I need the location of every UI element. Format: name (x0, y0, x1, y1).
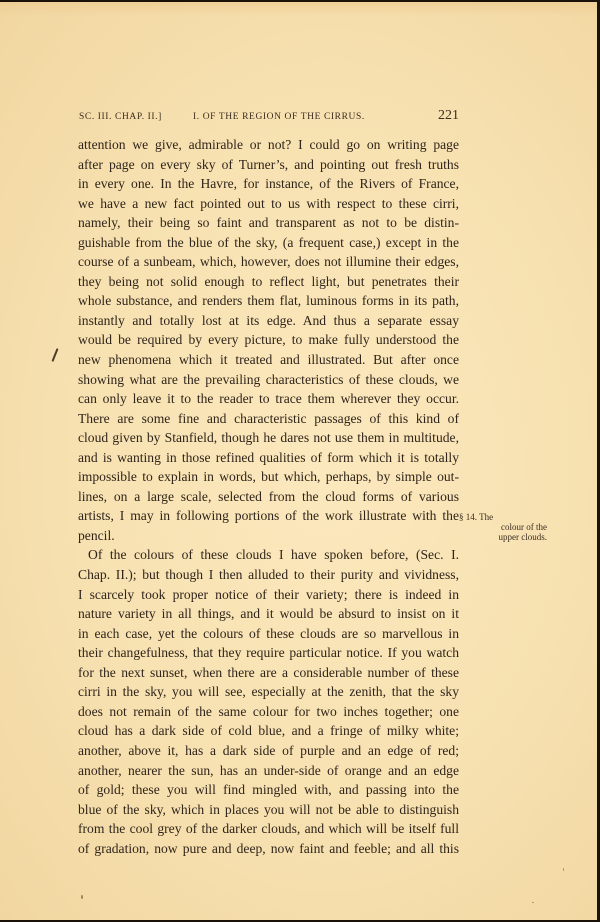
text-line: lines, on a large scale, selected from t… (78, 487, 459, 507)
book-page: SC. III. CHAP. II.] I. OF THE REGION OF … (0, 2, 597, 920)
margin-note-section: § 14. The (451, 512, 547, 522)
text-line: cloud given by Stanfield, though he dare… (78, 428, 459, 448)
body-text: attention we give, admirable or not? I c… (78, 135, 459, 858)
text-line: showing what are the prevailing characte… (78, 370, 459, 390)
text-line: course of a sunbeam, which, however, doe… (78, 252, 459, 272)
text-line: nature variety in all things, and it wou… (78, 604, 459, 624)
running-head-section: SC. III. CHAP. II.] (79, 112, 162, 122)
text-line: I scarcely took proper notice of their v… (78, 585, 459, 605)
text-line: new phenomena which it treated and illus… (78, 350, 459, 370)
text-line: after page on every sky of Turner’s, and… (78, 155, 459, 175)
running-head-title: I. OF THE REGION OF THE CIRRUS. (193, 112, 365, 122)
running-head: SC. III. CHAP. II.] I. OF THE REGION OF … (79, 108, 459, 128)
paper-speck (81, 895, 83, 899)
text-line: does not remain of the same colour for t… (78, 702, 459, 722)
text-line: another, above it, has a dark side of pu… (78, 741, 459, 761)
text-line: they being not solid enough to reflect l… (78, 272, 459, 292)
text-line: we have a new fact pointed out to us wit… (78, 194, 459, 214)
text-line: can only leave it to the reader to trace… (78, 389, 459, 409)
text-line: cloud has a dark side of cold blue, and … (78, 721, 459, 741)
text-line: attention we give, admirable or not? I c… (78, 135, 459, 155)
pencil-mark-icon (51, 348, 58, 362)
text-line: from the cool grey of the darker clouds,… (78, 819, 459, 839)
text-line-paragraph-end: pencil. (78, 526, 459, 546)
text-line: of gold; these you will find mingled wit… (78, 780, 459, 800)
margin-note-line: colour of the (451, 522, 547, 532)
text-line-paragraph-start: Of the colours of these clouds I have sp… (78, 545, 459, 565)
margin-note-line: upper clouds. (451, 532, 547, 542)
text-line: in each case, yet the colours of these c… (78, 624, 459, 644)
text-line: of gradation, now pure and deep, now fai… (78, 839, 459, 859)
text-line: would be required by every picture, to m… (78, 330, 459, 350)
paper-speck (563, 868, 564, 871)
text-line: Chap. II.); but though I then alluded to… (78, 565, 459, 585)
text-line: instantly and totally lost at its edge. … (78, 311, 459, 331)
page-number: 221 (438, 108, 459, 124)
text-line: blue of the sky, which in places you wil… (78, 800, 459, 820)
text-line: for the next sunset, when there are a co… (78, 663, 459, 683)
text-line: impossible to explain in words, but whic… (78, 467, 459, 487)
text-line: whole substance, and renders them flat, … (78, 291, 459, 311)
text-line: guishable from the blue of the sky, (a f… (78, 233, 459, 253)
paper-speck (532, 902, 534, 903)
text-line: and is wanting in those refined qualitie… (78, 448, 459, 468)
text-line: There are some fine and characteristic p… (78, 409, 459, 429)
text-line: in every one. In the Havre, for instance… (78, 174, 459, 194)
margin-note: § 14. The colour of the upper clouds. (451, 512, 547, 542)
text-line: another, nearer the sun, has an under-si… (78, 761, 459, 781)
text-line: cirri in the sky, you will see, especial… (78, 682, 459, 702)
text-line: their changefulness, that they require p… (78, 643, 459, 663)
text-line: namely, their being so faint and transpa… (78, 213, 459, 233)
text-line: artists, I may in following portions of … (78, 506, 459, 526)
